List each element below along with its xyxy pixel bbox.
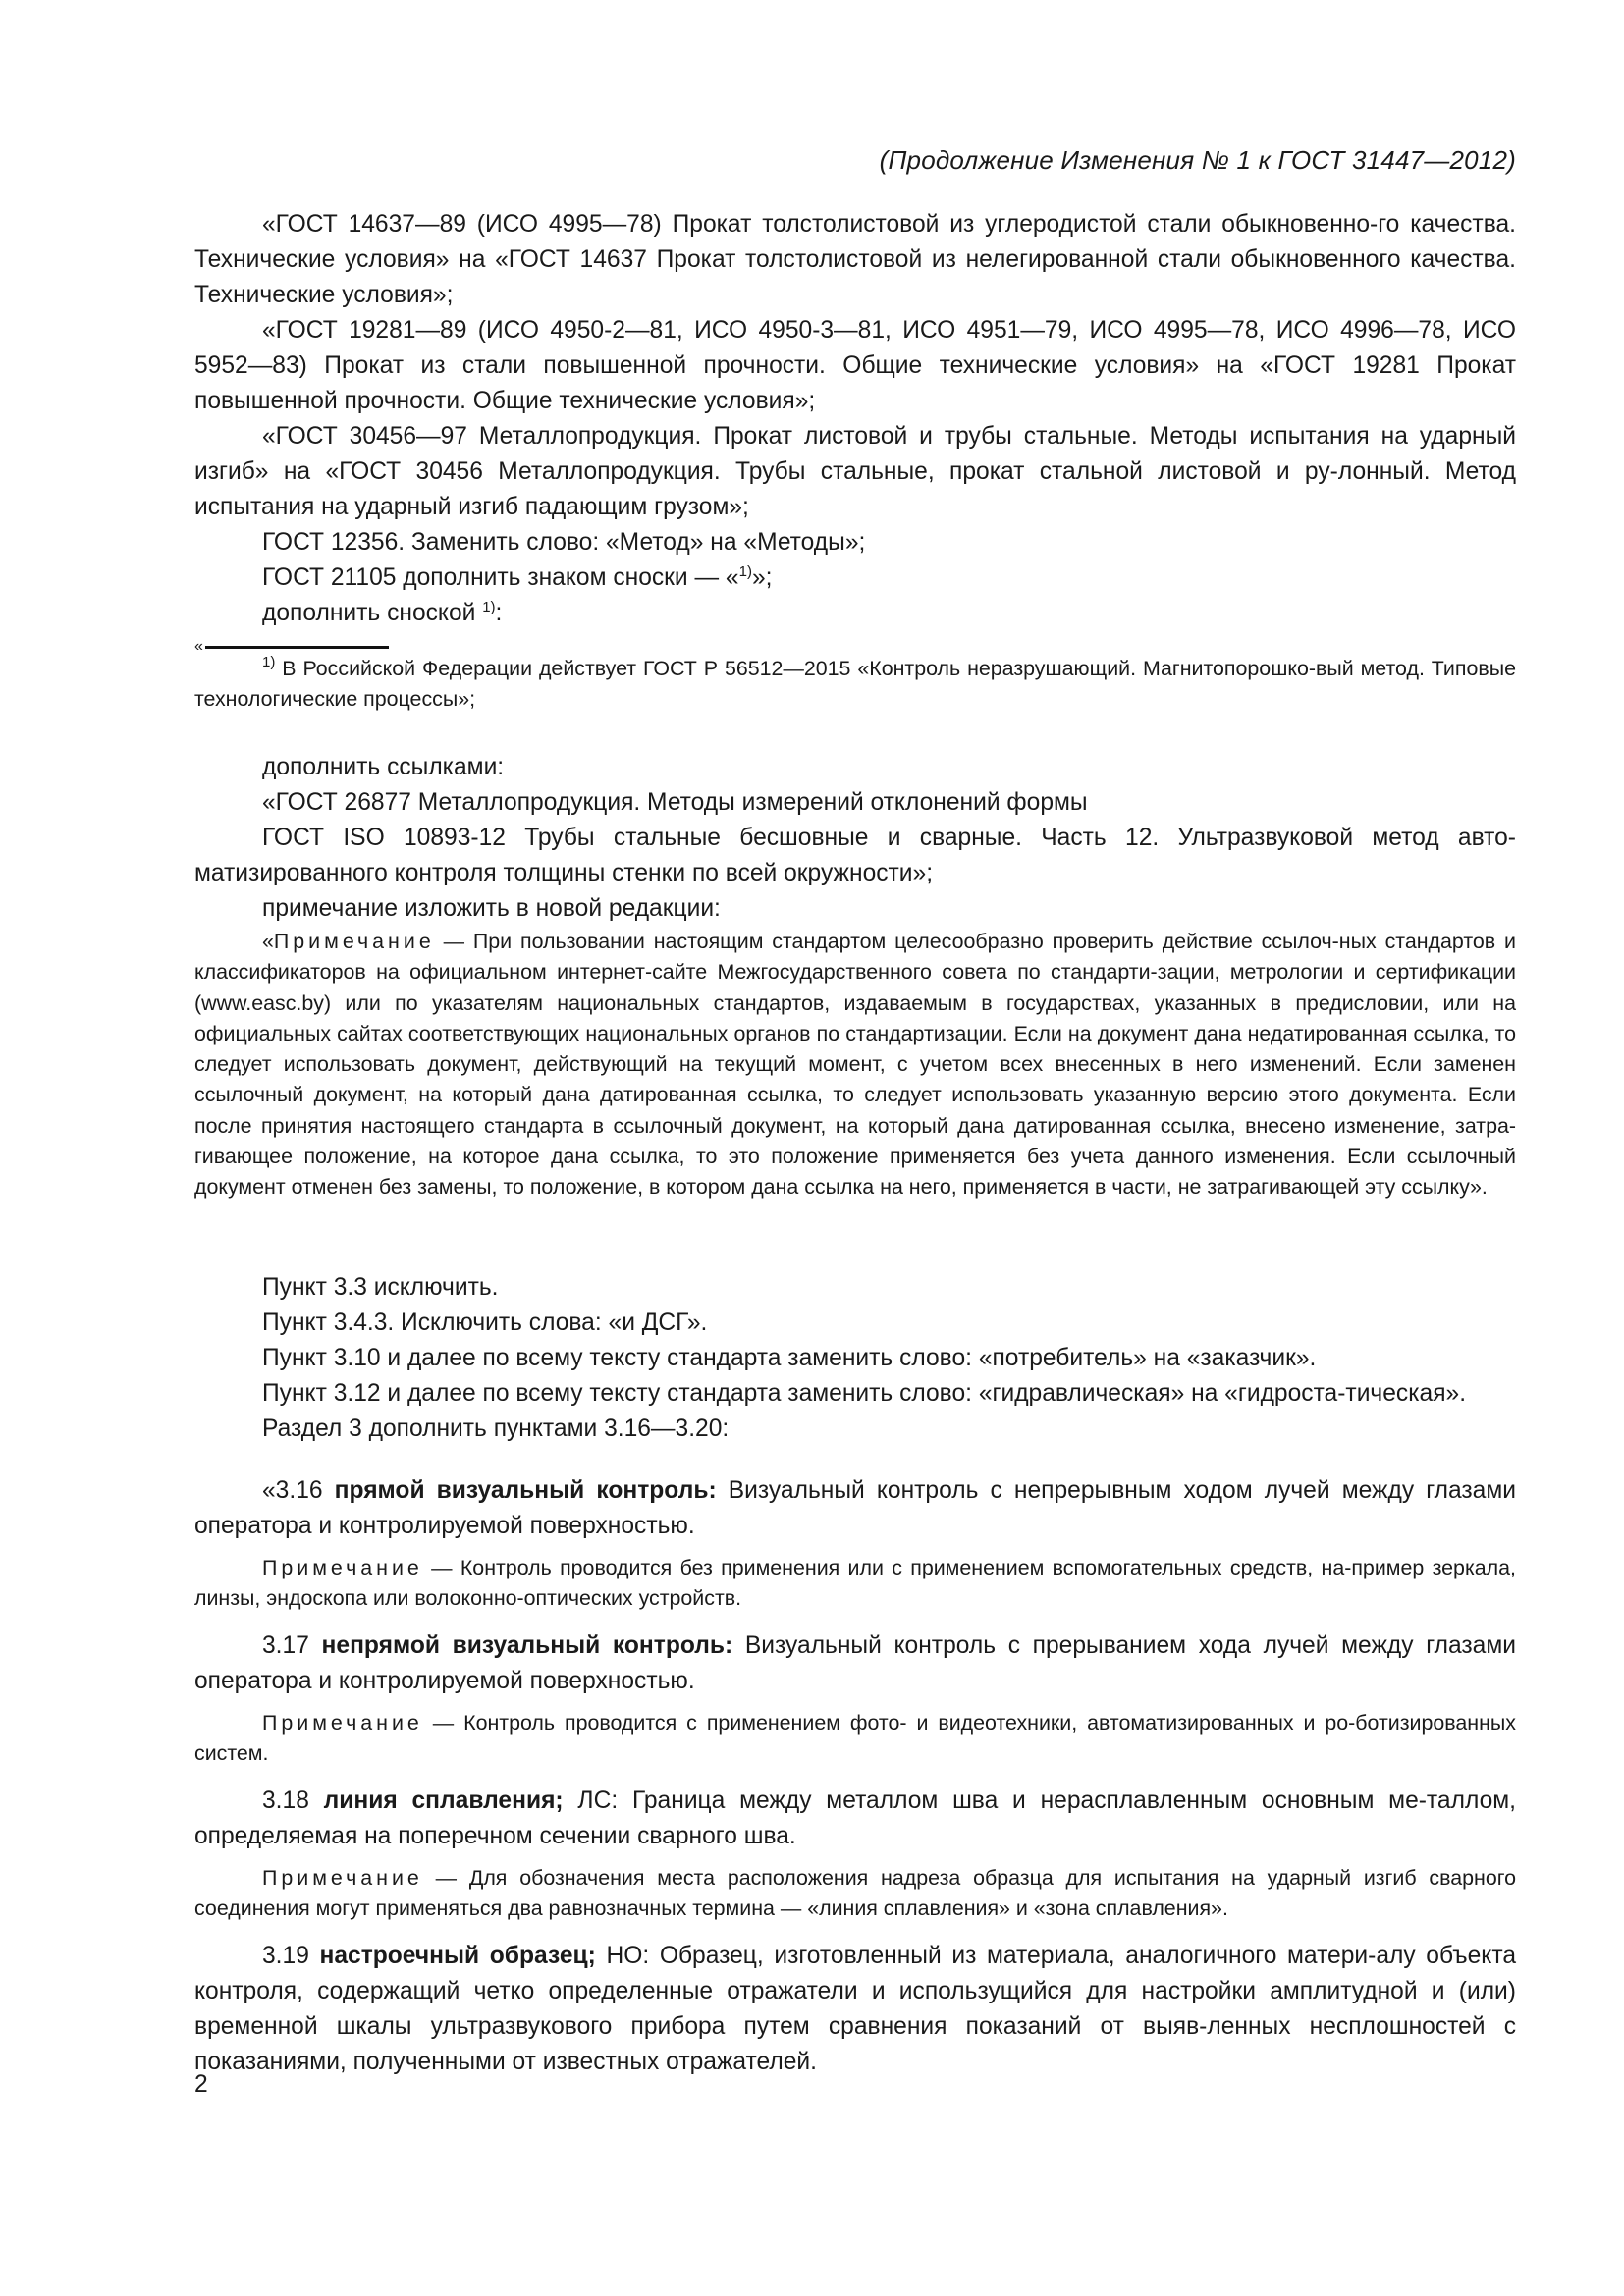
note-label: Примечание bbox=[274, 930, 435, 953]
paragraph-add-refs-intro: дополнить ссылками: bbox=[194, 750, 1516, 785]
footnote-number: 1) bbox=[262, 654, 275, 670]
term-number: 3.17 bbox=[262, 1632, 322, 1659]
term-3-17-note: Примечание — Контроль проводится с приме… bbox=[194, 1708, 1516, 1770]
note-label: Примечание bbox=[262, 1556, 423, 1579]
paragraph-gost-12356: ГОСТ 12356. Заменить слово: «Метод» на «… bbox=[194, 525, 1516, 561]
term-name: прямой визуальный контроль: bbox=[335, 1477, 717, 1504]
paragraph-gost-26877: «ГОСТ 26877 Металлопродукция. Методы изм… bbox=[194, 785, 1516, 821]
item-changes: Пункт 3.3 исключить. Пункт 3.4.3. Исключ… bbox=[194, 1270, 1516, 1447]
page-number: 2 bbox=[194, 2071, 208, 2099]
paragraph-gost-19281: «ГОСТ 19281—89 (ИСО 4950-2—81, ИСО 4950-… bbox=[194, 313, 1516, 419]
note-text: — При пользовании настоящим стандартом ц… bbox=[194, 930, 1516, 1199]
footnote-marker: 1) bbox=[482, 599, 495, 615]
paragraph-gost-21105: ГОСТ 21105 дополнить знаком сноски — «1)… bbox=[194, 561, 1516, 596]
paragraph-note-intro: примечание изложить в новой редакции: bbox=[194, 891, 1516, 927]
footnote-rule bbox=[205, 646, 389, 649]
additional-references: дополнить ссылками: «ГОСТ 26877 Металлоп… bbox=[194, 750, 1516, 927]
term-3-19: 3.19 настроечный образец; НО: Образец, и… bbox=[194, 1939, 1516, 2080]
paragraph-gost-30456: «ГОСТ 30456—97 Металлопродукция. Прокат … bbox=[194, 419, 1516, 525]
term-name: линия сплавления; bbox=[324, 1788, 564, 1814]
term-3-18-note: Примечание — Для обозначения места распо… bbox=[194, 1863, 1516, 1925]
footnote-text: В Российской Федерации действует ГОСТ Р … bbox=[194, 657, 1516, 711]
footnote-separator: « bbox=[194, 639, 389, 655]
term-3-16-note: Примечание — Контроль проводится без при… bbox=[194, 1553, 1516, 1615]
reference-replacements: «ГОСТ 14637—89 (ИСО 4995—78) Прокат толс… bbox=[194, 207, 1516, 631]
paragraph-item-3-3: Пункт 3.3 исключить. bbox=[194, 1270, 1516, 1306]
term-number: 3.18 bbox=[262, 1788, 324, 1814]
paragraph-item-3-10: Пункт 3.10 и далее по всему тексту станд… bbox=[194, 1341, 1516, 1376]
opening-quote: « bbox=[194, 639, 203, 655]
paragraph-gost-14637: «ГОСТ 14637—89 (ИСО 4995—78) Прокат толс… bbox=[194, 207, 1516, 313]
term-3-17: 3.17 непрямой визуальный контроль: Визуа… bbox=[194, 1629, 1516, 1699]
paragraph-gost-iso-10893: ГОСТ ISO 10893-12 Трубы стальные бесшовн… bbox=[194, 821, 1516, 891]
footnote-marker: 1) bbox=[739, 563, 752, 580]
term-name: непрямой визуальный контроль: bbox=[322, 1632, 733, 1659]
note-label: Примечание bbox=[262, 1711, 423, 1735]
term-3-16: «3.16 прямой визуальный контроль: Визуал… bbox=[194, 1473, 1516, 1544]
footnote: 1) В Российской Федерации действует ГОСТ… bbox=[194, 654, 1516, 716]
paragraph-add-footnote: дополнить сноской 1): bbox=[194, 596, 1516, 631]
note-label: Примечание bbox=[262, 1866, 423, 1890]
term-3-18: 3.18 линия сплавления; ЛС: Граница между… bbox=[194, 1784, 1516, 1854]
term-number: 3.19 bbox=[262, 1943, 320, 1969]
paragraph-item-3-12: Пункт 3.12 и далее по всему тексту станд… bbox=[194, 1376, 1516, 1412]
running-header: (Продолжение Изменения № 1 к ГОСТ 31447—… bbox=[880, 145, 1516, 176]
term-name: настроечный образец; bbox=[320, 1943, 596, 1969]
term-number: «3.16 bbox=[262, 1477, 335, 1504]
note-new-edition: «Примечание — При пользовании настоящим … bbox=[194, 927, 1516, 1203]
paragraph-item-3-4-3: Пункт 3.4.3. Исключить слова: «и ДСГ». bbox=[194, 1306, 1516, 1341]
paragraph-section-3: Раздел 3 дополнить пунктами 3.16—3.20: bbox=[194, 1412, 1516, 1447]
